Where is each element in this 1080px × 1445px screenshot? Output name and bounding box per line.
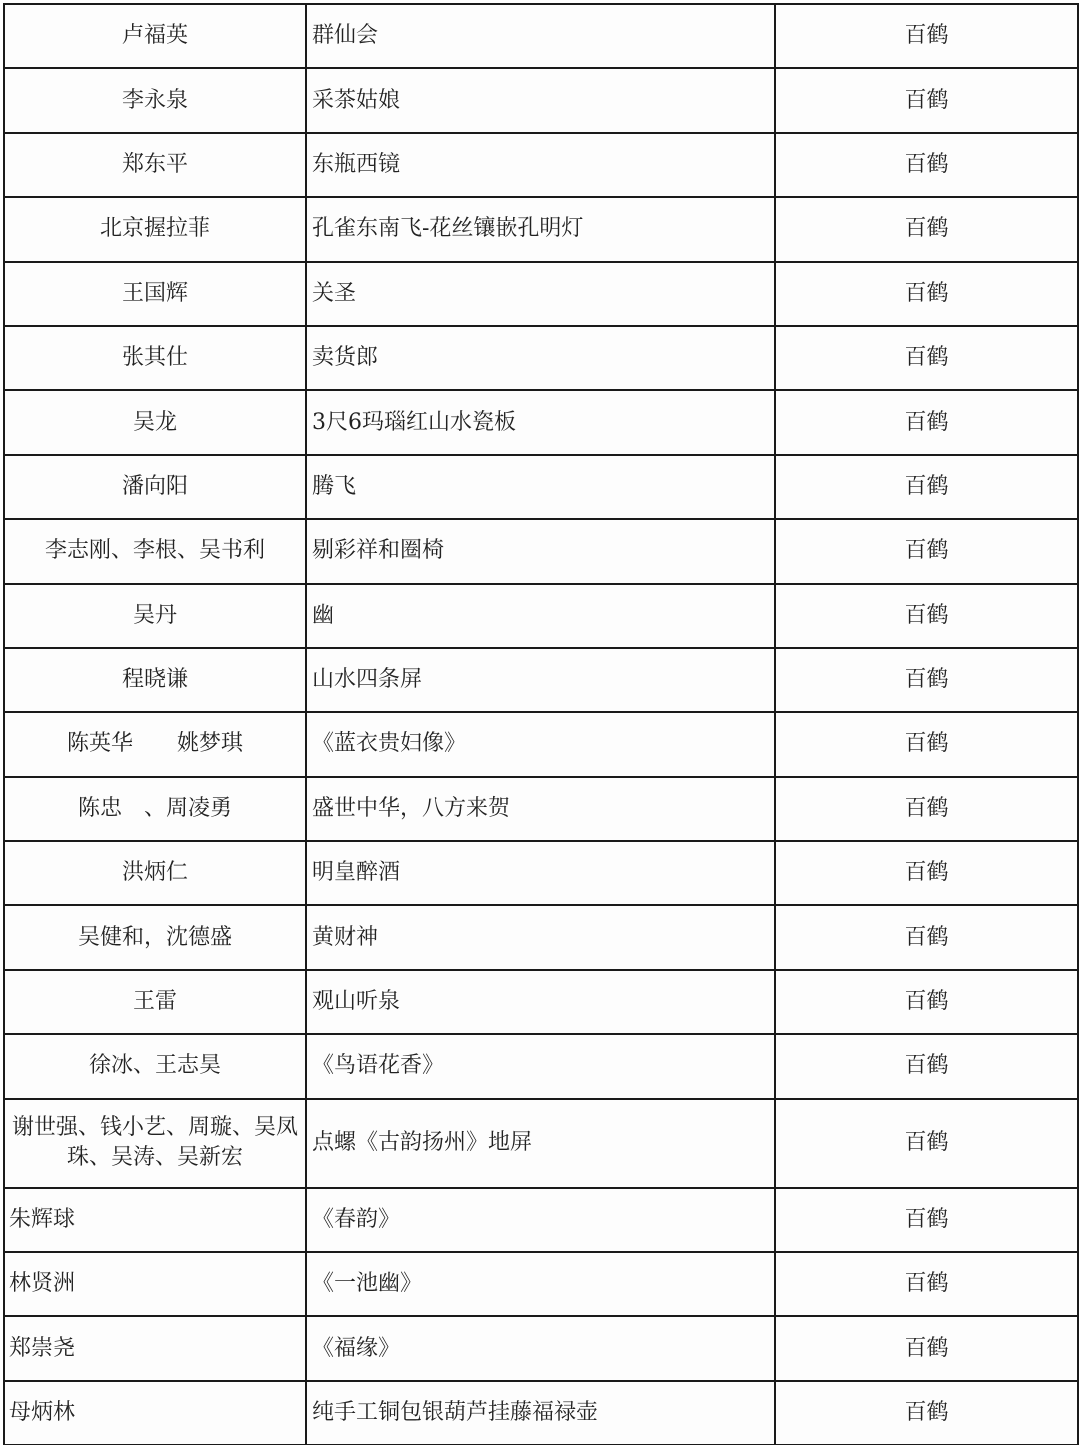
table-row: 陈忠 、周凌勇 盛世中华，八方来贺 百鹤 <box>4 777 1078 841</box>
award-cell: 百鹤 <box>775 390 1078 454</box>
table-row: 吴健和，沈德盛 黄财神 百鹤 <box>4 905 1078 969</box>
artist-name-cell: 王国辉 <box>4 262 306 326</box>
award-cell: 百鹤 <box>775 648 1078 712</box>
award-cell: 百鹤 <box>775 712 1078 776</box>
table-row: 郑崇尧 《福缘》 百鹤 <box>4 1316 1078 1380</box>
work-title-cell: 关圣 <box>306 262 775 326</box>
artist-name-cell: 洪炳仁 <box>4 841 306 905</box>
table-row: 李志刚、李根、吴书利 剔彩祥和圈椅 百鹤 <box>4 519 1078 583</box>
award-cell: 百鹤 <box>775 133 1078 197</box>
table-row: 徐冰、王志昊 《鸟语花香》 百鹤 <box>4 1034 1078 1098</box>
award-cell: 百鹤 <box>775 1099 1078 1188</box>
table-row: 陈英华 姚梦琪 《蓝衣贵妇像》 百鹤 <box>4 712 1078 776</box>
table-row: 林贤洲 《一池幽》 百鹤 <box>4 1252 1078 1316</box>
work-title-cell: 纯手工铜包银葫芦挂藤福禄壶 <box>306 1381 775 1445</box>
work-title-cell: 观山听泉 <box>306 970 775 1034</box>
work-title-cell: 群仙会 <box>306 4 775 68</box>
awards-table: 卢福英 群仙会 百鹤 李永泉 采茶姑娘 百鹤 郑东平 东瓶西镜 百鹤 北京握拉菲… <box>3 3 1079 1445</box>
award-cell: 百鹤 <box>775 68 1078 132</box>
table-row: 程晓谦 山水四条屏 百鹤 <box>4 648 1078 712</box>
table-row: 王国辉 关圣 百鹤 <box>4 262 1078 326</box>
award-cell: 百鹤 <box>775 1188 1078 1252</box>
table-row: 吴丹 幽 百鹤 <box>4 584 1078 648</box>
artist-name-cell: 母炳林 <box>4 1381 306 1445</box>
award-cell: 百鹤 <box>775 777 1078 841</box>
work-title-cell: 3尺6玛瑙红山水瓷板 <box>306 390 775 454</box>
award-cell: 百鹤 <box>775 841 1078 905</box>
work-title-cell: 腾飞 <box>306 455 775 519</box>
table-row: 北京握拉菲 孔雀东南飞-花丝镶嵌孔明灯 百鹤 <box>4 197 1078 261</box>
table-row: 潘向阳 腾飞 百鹤 <box>4 455 1078 519</box>
table-row: 郑东平 东瓶西镜 百鹤 <box>4 133 1078 197</box>
work-title-cell: 《一池幽》 <box>306 1252 775 1316</box>
table-row: 王雷 观山听泉 百鹤 <box>4 970 1078 1034</box>
artist-name-cell: 陈英华 姚梦琪 <box>4 712 306 776</box>
table-row: 吴龙 3尺6玛瑙红山水瓷板 百鹤 <box>4 390 1078 454</box>
award-cell: 百鹤 <box>775 1252 1078 1316</box>
award-cell: 百鹤 <box>775 1034 1078 1098</box>
award-cell: 百鹤 <box>775 197 1078 261</box>
artist-name-cell: 郑崇尧 <box>4 1316 306 1380</box>
artist-name-cell: 吴龙 <box>4 390 306 454</box>
award-cell: 百鹤 <box>775 326 1078 390</box>
work-title-cell: 明皇醉酒 <box>306 841 775 905</box>
award-cell: 百鹤 <box>775 1316 1078 1380</box>
artist-name-cell: 程晓谦 <box>4 648 306 712</box>
artist-name-cell: 北京握拉菲 <box>4 197 306 261</box>
award-cell: 百鹤 <box>775 1381 1078 1445</box>
work-title-cell: 东瓶西镜 <box>306 133 775 197</box>
artist-name-cell: 陈忠 、周凌勇 <box>4 777 306 841</box>
artist-name-cell: 卢福英 <box>4 4 306 68</box>
artist-name-cell: 徐冰、王志昊 <box>4 1034 306 1098</box>
work-title-cell: 《蓝衣贵妇像》 <box>306 712 775 776</box>
artist-name-cell: 张其仕 <box>4 326 306 390</box>
artist-name-cell: 吴健和，沈德盛 <box>4 905 306 969</box>
work-title-cell: 黄财神 <box>306 905 775 969</box>
award-cell: 百鹤 <box>775 905 1078 969</box>
work-title-cell: 孔雀东南飞-花丝镶嵌孔明灯 <box>306 197 775 261</box>
award-cell: 百鹤 <box>775 970 1078 1034</box>
artist-name-cell: 吴丹 <box>4 584 306 648</box>
work-title-cell: 采茶姑娘 <box>306 68 775 132</box>
work-title-cell: 卖货郎 <box>306 326 775 390</box>
table-row: 母炳林 纯手工铜包银葫芦挂藤福禄壶 百鹤 <box>4 1381 1078 1445</box>
work-title-cell: 剔彩祥和圈椅 <box>306 519 775 583</box>
table-row: 朱辉球 《春韵》 百鹤 <box>4 1188 1078 1252</box>
artist-name-cell: 朱辉球 <box>4 1188 306 1252</box>
table-row: 张其仕 卖货郎 百鹤 <box>4 326 1078 390</box>
work-title-cell: 盛世中华，八方来贺 <box>306 777 775 841</box>
table-row: 李永泉 采茶姑娘 百鹤 <box>4 68 1078 132</box>
artist-name-cell: 王雷 <box>4 970 306 1034</box>
work-title-cell: 《春韵》 <box>306 1188 775 1252</box>
work-title-cell: 《鸟语花香》 <box>306 1034 775 1098</box>
table-row: 谢世强、钱小艺、周璇、吴凤珠、吴涛、吴新宏 点螺《古韵扬州》地屏 百鹤 <box>4 1099 1078 1188</box>
artist-name-cell: 李志刚、李根、吴书利 <box>4 519 306 583</box>
awards-table-body: 卢福英 群仙会 百鹤 李永泉 采茶姑娘 百鹤 郑东平 东瓶西镜 百鹤 北京握拉菲… <box>4 4 1078 1445</box>
work-title-cell: 山水四条屏 <box>306 648 775 712</box>
table-row: 卢福英 群仙会 百鹤 <box>4 4 1078 68</box>
work-title-cell: 《福缘》 <box>306 1316 775 1380</box>
award-cell: 百鹤 <box>775 455 1078 519</box>
artist-name-cell: 谢世强、钱小艺、周璇、吴凤珠、吴涛、吴新宏 <box>4 1099 306 1188</box>
award-cell: 百鹤 <box>775 584 1078 648</box>
award-cell: 百鹤 <box>775 519 1078 583</box>
award-cell: 百鹤 <box>775 4 1078 68</box>
award-cell: 百鹤 <box>775 262 1078 326</box>
artist-name-cell: 郑东平 <box>4 133 306 197</box>
artist-name-cell: 潘向阳 <box>4 455 306 519</box>
artist-name-cell: 林贤洲 <box>4 1252 306 1316</box>
work-title-cell: 点螺《古韵扬州》地屏 <box>306 1099 775 1188</box>
table-row: 洪炳仁 明皇醉酒 百鹤 <box>4 841 1078 905</box>
work-title-cell: 幽 <box>306 584 775 648</box>
artist-name-cell: 李永泉 <box>4 68 306 132</box>
